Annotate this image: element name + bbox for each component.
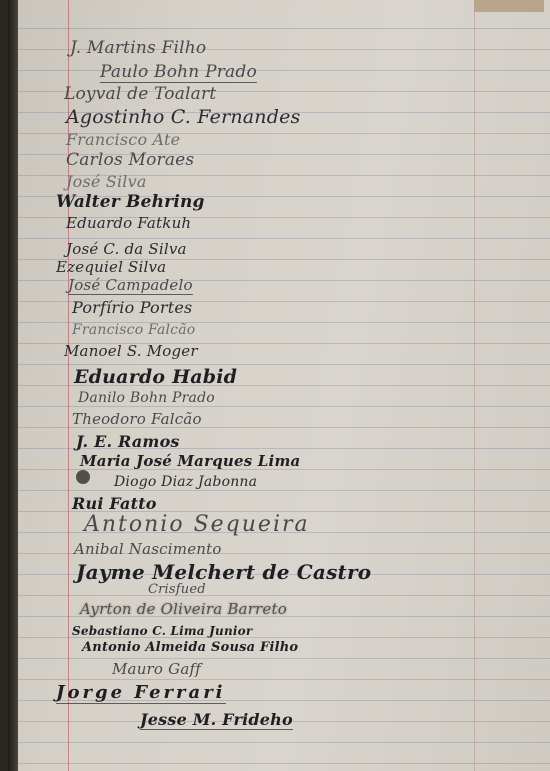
signature: Maria José Marques Lima	[80, 452, 300, 470]
signature: Francisco Ate	[66, 130, 180, 149]
signature: Porfírio Portes	[72, 298, 192, 317]
signature: Ezequiel Silva	[56, 258, 166, 276]
signature: Manoel S. Moger	[64, 342, 198, 360]
signature: Theodoro Falcão	[72, 410, 202, 428]
signature: Mauro Gaff	[112, 660, 201, 678]
signature: Anibal Nascimento	[74, 540, 222, 558]
signature: Walter Behring	[56, 192, 205, 212]
signature: Danilo Bohn Prado	[78, 390, 215, 406]
signature: José Silva	[66, 172, 147, 191]
signature: Jesse M. Frideho	[140, 710, 293, 730]
signature: José C. da Silva	[66, 240, 187, 258]
signature: Diogo Diaz Jabonna	[114, 474, 257, 490]
signature: J. Martins Filho	[70, 38, 206, 58]
signature: Jorge Ferrari	[56, 682, 226, 704]
signature: José Campadelo	[68, 276, 193, 295]
signature: Francisco Falcão	[72, 322, 195, 338]
ink-blot	[76, 470, 90, 484]
signature: Rui Fatto	[72, 494, 157, 513]
signature: Ayrton de Oliveira Barreto	[80, 600, 287, 618]
signature: Paulo Bohn Prado	[100, 62, 257, 83]
signature: Antonio Almeida Sousa Filho	[82, 640, 298, 655]
signature: Crisfued	[148, 582, 206, 597]
book-binding-edge	[8, 0, 18, 771]
signature: Loyval de Toalart	[64, 84, 216, 104]
tape-patch	[474, 0, 544, 12]
signature: Antonio Sequeira	[84, 512, 310, 537]
signature: Jayme Melchert de Castro	[76, 560, 371, 584]
signature: Agostinho C. Fernandes	[66, 106, 301, 128]
ledger-page: J. Martins Filho Paulo Bohn Prado Loyval…	[8, 0, 550, 771]
signature: Sebastiano C. Lima Junior	[72, 624, 252, 638]
right-margin-line	[474, 0, 475, 771]
signature: Carlos Moraes	[66, 150, 194, 170]
signature: Eduardo Fatkuh	[66, 214, 191, 232]
signature: Eduardo Habid	[74, 366, 237, 388]
signature: J. E. Ramos	[76, 432, 180, 451]
